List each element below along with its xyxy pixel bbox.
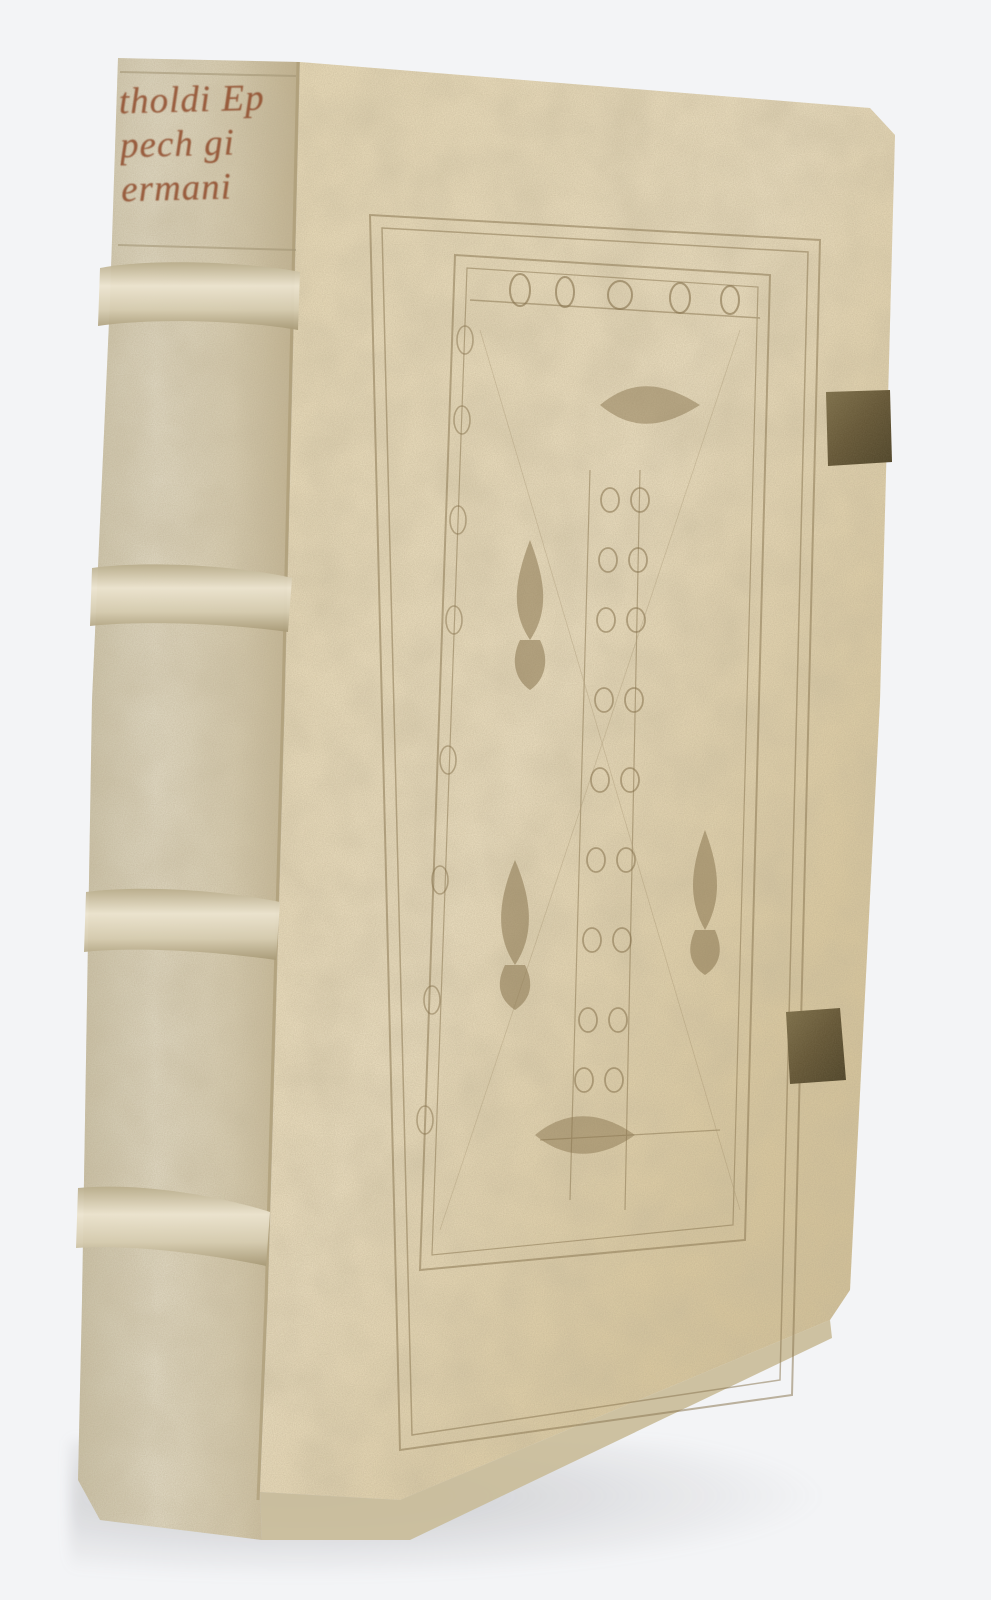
brass-clasp-lower [786,1008,846,1084]
brass-clasp-upper [826,390,892,466]
spine-handwritten-title: tholdi Ep pech gi ermani [118,76,306,213]
spine-title-line-3: ermani [121,164,307,213]
spine-title-line-1: tholdi Ep [118,76,304,125]
front-cover [260,62,895,1500]
photo-scene: tholdi Ep pech gi ermani [0,0,991,1600]
book-illustration [0,0,991,1600]
spine-title-line-2: pech gi [119,120,305,169]
